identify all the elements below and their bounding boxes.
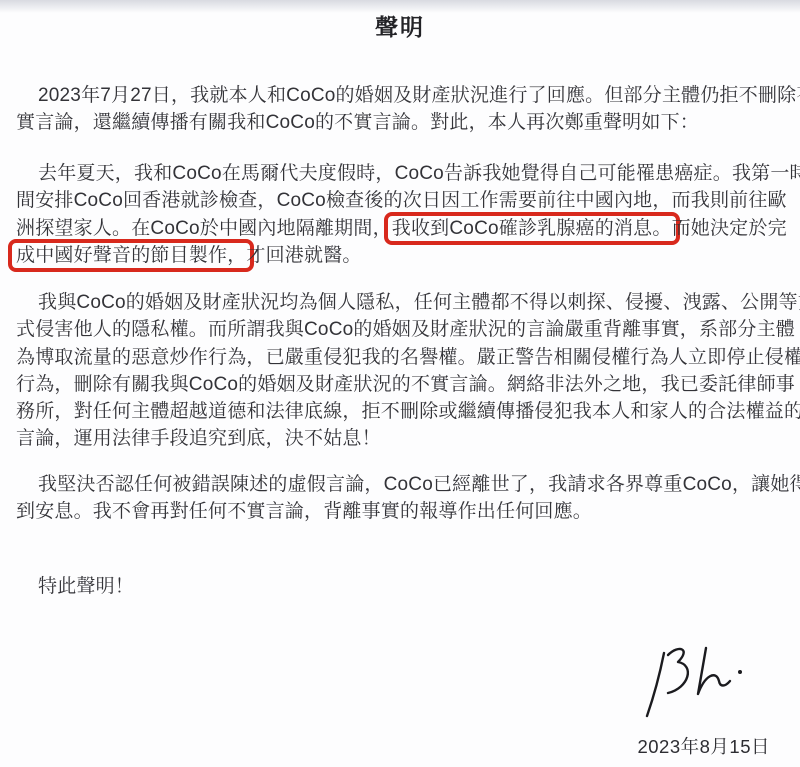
text-line: 言論，運用法律手段追究到底，決不姑息！ xyxy=(16,425,794,452)
statement-document: 聲明 2023年7月27日，我就本人和CoCo的婚姻及財產狀況進行了回應。但部分… xyxy=(0,0,800,767)
text-line: 為博取流量的惡意炒作行為，已嚴重侵犯我的名譽權。嚴正警告相關侵權行為人立即停止侵… xyxy=(16,344,794,371)
signature-date: 2023年8月15日 xyxy=(637,733,770,759)
paragraph-final-denial: 我堅決否認任何被錯誤陳述的虛假言論，CoCo已經離世了，我請求各界尊重CoCo，… xyxy=(16,471,794,526)
text-line: 我與CoCo的婚姻及財產狀況均為個人隱私，任何主體都不得以刺探、侵擾、洩露、公開… xyxy=(16,289,794,316)
text-line: 成中國好聲音的節目製作，才回港就醫。 xyxy=(16,242,794,269)
text-line: 實言論，還繼續傳播有關我和CoCo的不實言論。對此，本人再次鄭重聲明如下： xyxy=(16,109,794,136)
handwritten-signature xyxy=(626,640,758,726)
closing-line: 特此聲明！ xyxy=(38,571,134,598)
text-line: 間安排CoCo回香港就診檢查，CoCo檢查後的次日因工作需要前往中國內地，而我則… xyxy=(16,187,794,214)
highlight-diagnosis-news: 我收到CoCo確診乳腺癌的消息。 xyxy=(384,212,680,245)
text-line: 務所，對任何主體超越道德和法律底線，拒不刪除或繼續傳播侵犯我本人和家人的合法權益… xyxy=(16,398,794,425)
statement-title: 聲明 xyxy=(0,9,800,42)
paragraph-illness-timeline: 去年夏天，我和CoCo在馬爾代夫度假時，CoCo告訴我她覺得自己可能罹患癌症。我… xyxy=(16,160,794,269)
text-line: 洲探望家人。在CoCo於中國內地隔離期間，我收到CoCo確診乳腺癌的消息。而她決… xyxy=(16,215,794,242)
text-line: 式侵害他人的隱私權。而所謂我與CoCo的婚姻及財產狀況的言論嚴重背離事實，系部分… xyxy=(16,316,794,343)
paragraph-privacy-legal-warning: 我與CoCo的婚姻及財產狀況均為個人隱私，任何主體都不得以刺探、侵擾、洩露、公開… xyxy=(16,289,794,453)
text-segment: 才回港就醫。 xyxy=(246,245,361,266)
text-segment: 而她決定於完 xyxy=(672,218,787,239)
text-line: 去年夏天，我和CoCo在馬爾代夫度假時，CoCo告訴我她覺得自己可能罹患癌症。我… xyxy=(16,160,794,187)
text-line: 我堅決否認任何被錯誤陳述的虛假言論，CoCo已經離世了，我請求各界尊重CoCo，… xyxy=(16,471,794,498)
text-line: 2023年7月27日，我就本人和CoCo的婚姻及財產狀況進行了回應。但部分主體仍… xyxy=(16,82,794,109)
highlight-voice-of-china: 成中國好聲音的節目製作， xyxy=(8,239,254,272)
text-line: 到安息。我不會再對任何不實言論，背離事實的報導作出任何回應。 xyxy=(16,498,794,525)
signature-dot xyxy=(738,670,742,674)
text-segment: 洲探望家人。在CoCo於中國內地隔離期間， xyxy=(16,218,392,239)
paragraph-previous-response: 2023年7月27日，我就本人和CoCo的婚姻及財產狀況進行了回應。但部分主體仍… xyxy=(16,82,794,137)
text-line: 行為，刪除有關我與CoCo的婚姻及財產狀況的不實言論。網絡非法外之地，我已委託律… xyxy=(16,371,794,398)
